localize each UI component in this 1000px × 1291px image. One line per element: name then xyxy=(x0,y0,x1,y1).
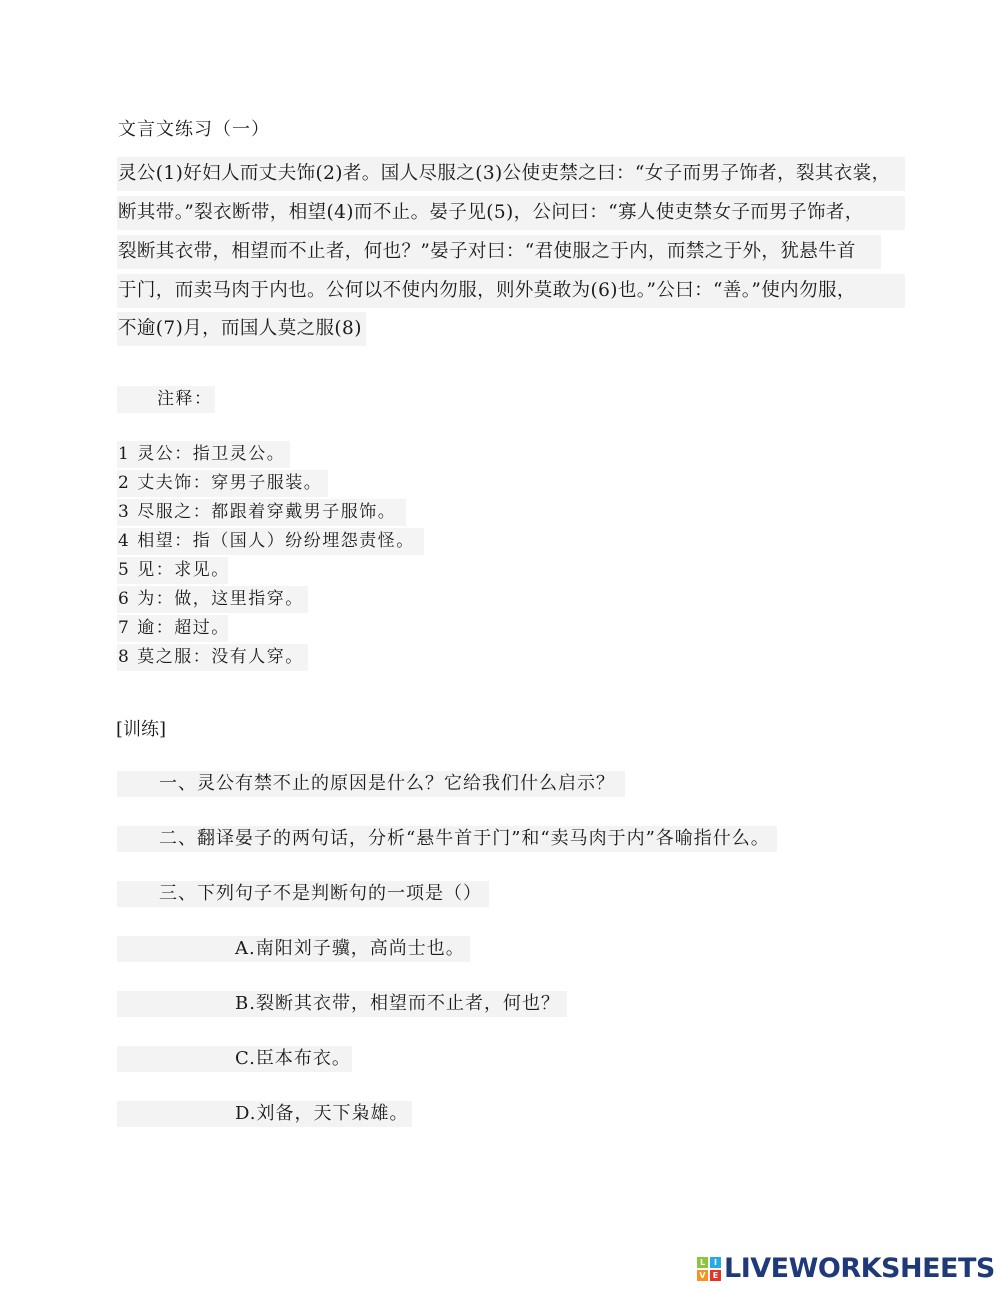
training-heading: [训练] xyxy=(116,717,166,743)
note-item: 7 逾：超过。 xyxy=(117,615,228,642)
note-item: 8 莫之服：没有人穿。 xyxy=(117,644,308,671)
note-item: 3 尽服之：都跟着穿戴男子服饰。 xyxy=(117,499,406,526)
option-c: C.臣本布衣。 xyxy=(117,1046,352,1072)
document-title: 文言文练习（一） xyxy=(118,118,270,142)
passage-line: 不逾(7)月，而国人莫之服(8) xyxy=(117,312,366,346)
passage-line: 断其带。”裂衣断带，相望(4)而不止。晏子见(5)，公问曰：“寡人使吏禁女子而男… xyxy=(117,196,905,230)
note-item: 4 相望：指（国人）纷纷埋怨责怪。 xyxy=(117,528,424,555)
note-item: 6 为：做，这里指穿。 xyxy=(117,586,308,613)
logo-block-e: E xyxy=(710,1270,721,1281)
question-3: 三、下列句子不是判断句的一项是（） xyxy=(117,881,489,907)
option-a: A.南阳刘子骥，高尚士也。 xyxy=(117,936,470,962)
logo-block-v: V xyxy=(697,1270,708,1281)
note-item: 5 见：求见。 xyxy=(117,557,228,584)
logo-block-l: L xyxy=(697,1257,708,1268)
liveworksheets-logo: L I V E LIVEWORKSHEETS xyxy=(697,1255,995,1283)
note-item: 1 灵公：指卫灵公。 xyxy=(117,441,290,468)
passage-line: 于门，而卖马肉于内也。公何以不使内勿服，则外莫敢为(6)也。”公曰：“善。”使内… xyxy=(117,274,905,308)
note-item: 2 丈夫饰：穿男子服装。 xyxy=(117,470,328,497)
question-1: 一、灵公有禁不止的原因是什么？它给我们什么启示？ xyxy=(117,771,625,797)
logo-text: LIVEWORKSHEETS xyxy=(724,1255,995,1283)
passage-line: 灵公(1)好妇人而丈夫饰(2)者。国人尽服之(3)公使吏禁之曰：“女子而男子饰者… xyxy=(117,157,905,191)
logo-block-i: I xyxy=(710,1257,721,1268)
option-b: B.裂断其衣带，相望而不止者，何也？ xyxy=(117,991,567,1017)
question-2: 二、翻译晏子的两句话，分析“悬牛首于门”和“卖马肉于内”各喻指什么。 xyxy=(117,826,777,852)
passage-line: 裂断其衣带，相望而不止者，何也？”晏子对曰：“君使服之于内，而禁之于外，犹悬牛首 xyxy=(117,235,881,269)
option-d: D.刘备，天下枭雄。 xyxy=(117,1101,412,1127)
logo-blocks-icon: L I V E xyxy=(697,1257,721,1281)
notes-heading: 注释： xyxy=(117,386,215,413)
